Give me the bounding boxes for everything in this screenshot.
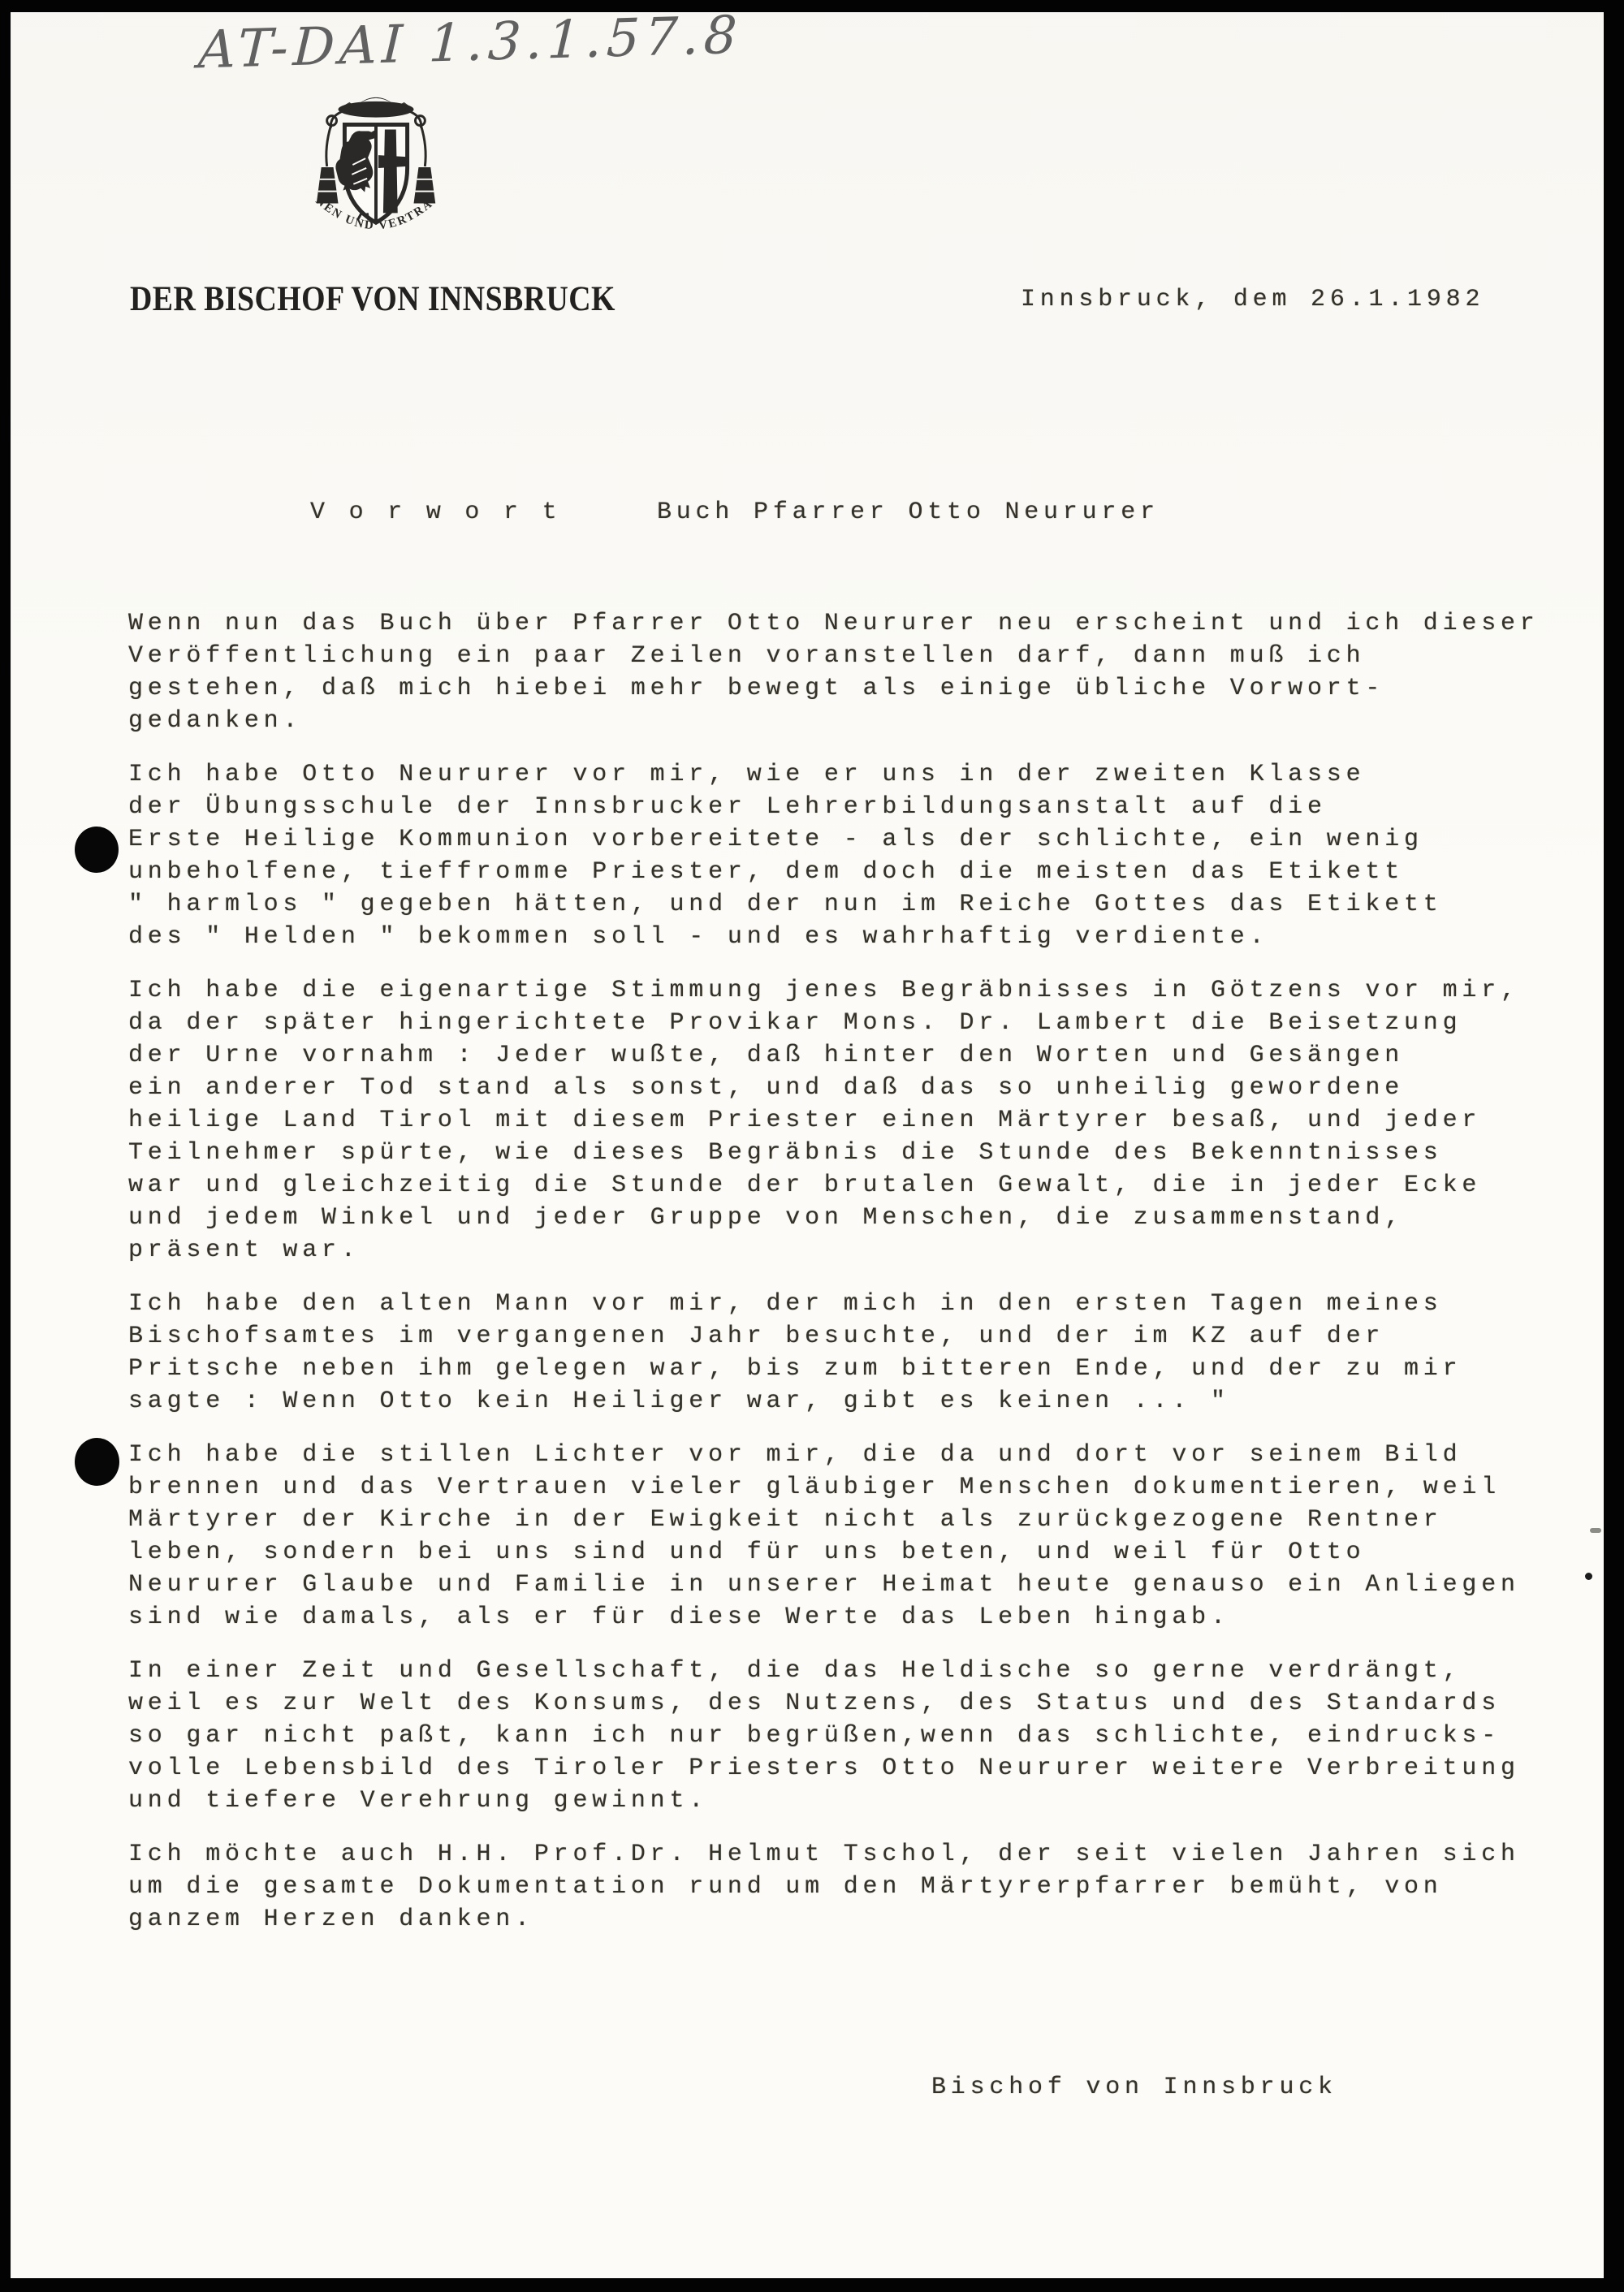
- ink-speck: [1585, 1573, 1592, 1580]
- hole-punch-top: [75, 827, 119, 873]
- paragraph-4: Ich habe den alten Mann vor mir, der mic…: [128, 1288, 1582, 1418]
- scanned-letter-page: { "document": { "archive_note": "AT-DAI …: [0, 0, 1624, 2292]
- paragraph-1: Wenn nun das Buch über Pfarrer Otto Neur…: [128, 607, 1582, 737]
- paragraph-2: Ich habe Otto Neururer vor mir, wie er u…: [128, 758, 1582, 953]
- tassel-right: [414, 167, 436, 204]
- date-line: Innsbruck, dem 26.1.1982: [1021, 286, 1484, 313]
- sender-letterhead: DER BISCHOF VON INNSBRUCK: [130, 279, 615, 319]
- galero-hat: [338, 97, 413, 118]
- shield: [335, 125, 407, 223]
- paragraph-7: Ich möchte auch H.H. Prof.Dr. Helmut Tsc…: [128, 1838, 1582, 1936]
- preface-title: V o r w o r t: [310, 499, 561, 526]
- signature-line: Bischof von Innsbruck: [931, 2074, 1337, 2101]
- preface-title-subject: Buch Pfarrer Otto Neururer: [657, 499, 1160, 526]
- paragraph-3: Ich habe die eigenartige Stimmung jenes …: [128, 974, 1582, 1267]
- bishop-coat-of-arms: DIENEN UND VERTRAUEN: [300, 83, 452, 247]
- paragraph-5: Ich habe die stillen Lichter vor mir, di…: [128, 1439, 1582, 1634]
- hole-punch-bottom: [75, 1438, 119, 1486]
- paragraph-6: In einer Zeit und Gesellschaft, die das …: [128, 1655, 1582, 1817]
- letter-body: Wenn nun das Buch über Pfarrer Otto Neur…: [128, 607, 1582, 1957]
- scan-smudge: [1590, 1528, 1601, 1533]
